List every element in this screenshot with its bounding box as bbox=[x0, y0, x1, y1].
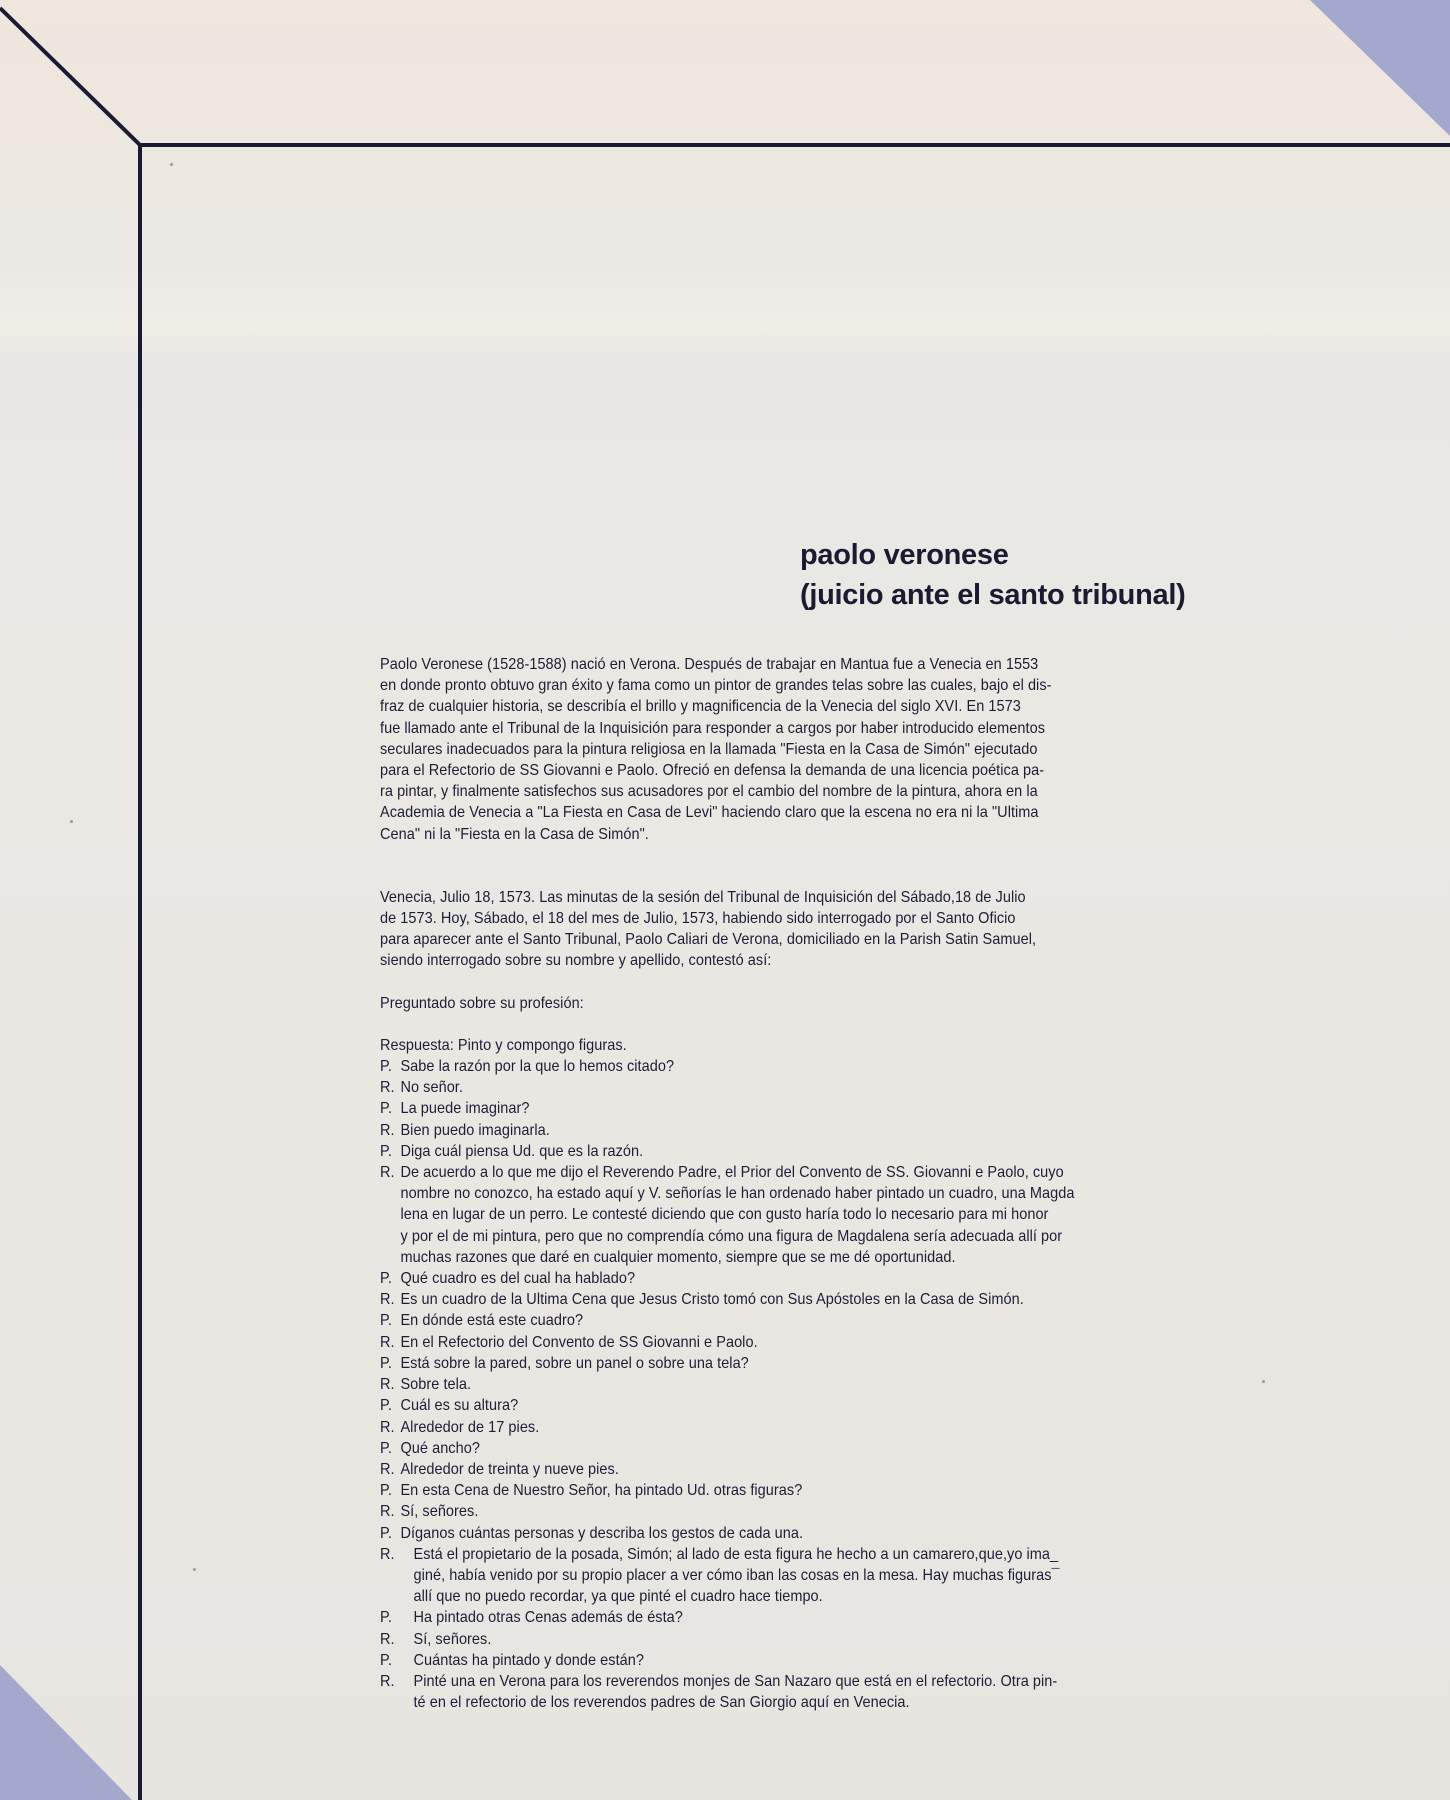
dialogue-line: nombre no conozco, ha estado aquí y V. s… bbox=[380, 1183, 1171, 1204]
speaker-label: P. bbox=[380, 1650, 413, 1671]
speaker-label: R. bbox=[380, 1120, 400, 1141]
answer-entry: R.Alrededor de treinta y nueve pies. bbox=[380, 1459, 1171, 1480]
answer-entry: R.Es un cuadro de la Ultima Cena que Jes… bbox=[380, 1289, 1171, 1310]
dialogue-line: Es un cuadro de la Ultima Cena que Jesus… bbox=[400, 1291, 1023, 1308]
speaker-label: R. bbox=[380, 1671, 413, 1692]
intro-line: Cena" ni la "Fiesta en la Casa de Simón"… bbox=[380, 824, 1171, 845]
question-entry: P.Diga cuál piensa Ud. que es la razón. bbox=[380, 1141, 1171, 1162]
dialogue-line: Está el propietario de la posada, Simón;… bbox=[413, 1546, 1058, 1563]
speaker-label: R. bbox=[380, 1289, 400, 1310]
dialogue-line: lena en lugar de un perro. Le contesté d… bbox=[380, 1204, 1171, 1225]
answer-entry: R.No señor. bbox=[380, 1077, 1171, 1098]
question-entry: P.Está sobre la pared, sobre un panel o … bbox=[380, 1353, 1171, 1374]
dialogue-line: En esta Cena de Nuestro Señor, ha pintad… bbox=[400, 1482, 802, 1499]
dialogue-line: Sabe la razón por la que lo hemos citado… bbox=[400, 1058, 674, 1075]
profession-answer: Respuesta: Pinto y compongo figuras. bbox=[380, 1035, 1171, 1056]
answer-entry: R.Está el propietario de la posada, Simó… bbox=[380, 1544, 1171, 1608]
intro-line: fue llamado ante el Tribunal de la Inqui… bbox=[380, 718, 1171, 739]
question-entry: P.La puede imaginar? bbox=[380, 1098, 1171, 1119]
question-entry: P.En dónde está este cuadro? bbox=[380, 1310, 1171, 1331]
intro-line: en donde pronto obtuvo gran éxito y fama… bbox=[380, 675, 1171, 696]
dialogue-line: y por el de mi pintura, pero que no comp… bbox=[380, 1226, 1171, 1247]
dialogue-line: No señor. bbox=[400, 1079, 462, 1096]
speaker-label: R. bbox=[380, 1162, 400, 1183]
dialogue-line: allí que no puedo recordar, ya que pinté… bbox=[380, 1586, 1171, 1607]
intro-line: ra pintar, y finalmente satisfechos sus … bbox=[380, 781, 1171, 802]
speaker-label: P. bbox=[380, 1098, 400, 1119]
intro-line: Paolo Veronese (1528-1588) nació en Vero… bbox=[380, 654, 1171, 675]
dialogue-line: Díganos cuántas personas y describa los … bbox=[400, 1525, 803, 1542]
speaker-label: P. bbox=[380, 1523, 400, 1544]
intro-line: Academia de Venecia a "La Fiesta en Casa… bbox=[380, 802, 1171, 823]
dialogue-line: En dónde está este cuadro? bbox=[400, 1312, 583, 1329]
answer-entry: R.Bien puedo imaginarla. bbox=[380, 1120, 1171, 1141]
background-corner-top-right bbox=[1300, 0, 1450, 140]
speaker-label: P. bbox=[380, 1395, 400, 1416]
frame-diagonal-line bbox=[0, 0, 150, 150]
dialogue-line: De acuerdo a lo que me dijo el Reverendo… bbox=[400, 1164, 1063, 1181]
speaker-label: P. bbox=[380, 1141, 400, 1162]
answer-entry: R.Pinté una en Verona para los reverendo… bbox=[380, 1671, 1171, 1713]
speaker-label: R. bbox=[380, 1077, 400, 1098]
intro-line: seculares inadecuados para la pintura re… bbox=[380, 739, 1171, 760]
answer-entry: R.Sí, señores. bbox=[380, 1501, 1171, 1522]
question-entry: P.Qué ancho? bbox=[380, 1438, 1171, 1459]
document-body: Paolo Veronese (1528-1588) nació en Vero… bbox=[380, 654, 1171, 1713]
minutes-line: de 1573. Hoy, Sábado, el 18 del mes de J… bbox=[380, 908, 1171, 929]
title-line-1: paolo veronese bbox=[800, 535, 1400, 575]
dialogue-line: Pinté una en Verona para los reverendos … bbox=[413, 1673, 1057, 1690]
intro-line: fraz de cualquier historia, se describía… bbox=[380, 696, 1171, 717]
speaker-label: P. bbox=[380, 1056, 400, 1077]
frame-left-line bbox=[138, 143, 142, 1800]
dialogue-line: En el Refectorio del Convento de SS Giov… bbox=[400, 1334, 757, 1351]
speaker-label: R. bbox=[380, 1544, 413, 1565]
speaker-label: R. bbox=[380, 1629, 413, 1650]
dialogue-line: Bien puedo imaginarla. bbox=[400, 1122, 549, 1139]
answer-entry: R.Sí, señores. bbox=[380, 1629, 1171, 1650]
speaker-label: R. bbox=[380, 1332, 400, 1353]
question-entry: P.Cuál es su altura? bbox=[380, 1395, 1171, 1416]
dialogue-line: Sobre tela. bbox=[400, 1376, 471, 1393]
profession-question: Preguntado sobre su profesión: bbox=[380, 993, 1171, 1014]
dialogue-line: Alrededor de 17 pies. bbox=[400, 1419, 539, 1436]
dialogue-line: Qué cuadro es del cual ha hablado? bbox=[400, 1270, 635, 1287]
dialogue-line: giné, había venido por su propio placer … bbox=[380, 1565, 1171, 1586]
question-entry: P.Cuántas ha pintado y donde están? bbox=[380, 1650, 1171, 1671]
speaker-label: P. bbox=[380, 1438, 400, 1459]
answer-entry: R.Sobre tela. bbox=[380, 1374, 1171, 1395]
question-entry: P.Sabe la razón por la que lo hemos cita… bbox=[380, 1056, 1171, 1077]
dialogue-line: Cuántas ha pintado y donde están? bbox=[413, 1652, 644, 1669]
speaker-label: P. bbox=[380, 1480, 400, 1501]
speaker-label: P. bbox=[380, 1310, 400, 1331]
dialogue-line: Sí, señores. bbox=[400, 1503, 478, 1520]
question-entry: P.En esta Cena de Nuestro Señor, ha pint… bbox=[380, 1480, 1171, 1501]
speaker-label: R. bbox=[380, 1417, 400, 1438]
intro-line: para el Refectorio de SS Giovanni e Paol… bbox=[380, 760, 1171, 781]
speaker-label: P. bbox=[380, 1268, 400, 1289]
dialogue-line: té en el refectorio de los reverendos pa… bbox=[380, 1692, 1171, 1713]
minutes-line: Venecia, Julio 18, 1573. Las minutas de … bbox=[380, 887, 1171, 908]
background-corner-bottom-left bbox=[0, 1665, 140, 1800]
speaker-label: R. bbox=[380, 1501, 400, 1522]
speaker-label: R. bbox=[380, 1374, 400, 1395]
dialogue-line: Está sobre la pared, sobre un panel o so… bbox=[400, 1355, 748, 1372]
speaker-label: P. bbox=[380, 1607, 413, 1628]
dialogue-line: Diga cuál piensa Ud. que es la razón. bbox=[400, 1143, 643, 1160]
dialogue-line: muchas razones que daré en cualquier mom… bbox=[380, 1247, 1171, 1268]
dialogue-line: Qué ancho? bbox=[400, 1440, 479, 1457]
page-title: paolo veronese (juicio ante el santo tri… bbox=[800, 535, 1400, 615]
frame-top-line bbox=[138, 143, 1450, 147]
answer-entry: R.En el Refectorio del Convento de SS Gi… bbox=[380, 1332, 1171, 1353]
minutes-line: siendo interrogado sobre su nombre y ape… bbox=[380, 950, 1171, 971]
dialogue-line: Cuál es su altura? bbox=[400, 1397, 518, 1414]
answer-entry: R.Alrededor de 17 pies. bbox=[380, 1417, 1171, 1438]
question-entry: P.Qué cuadro es del cual ha hablado? bbox=[380, 1268, 1171, 1289]
minutes-paragraph: Venecia, Julio 18, 1573. Las minutas de … bbox=[380, 887, 1171, 972]
dialogue-line: Sí, señores. bbox=[413, 1631, 491, 1648]
dialogue-line: Ha pintado otras Cenas además de ésta? bbox=[413, 1609, 682, 1626]
question-entry: P.Díganos cuántas personas y describa lo… bbox=[380, 1523, 1171, 1544]
title-line-2: (juicio ante el santo tribunal) bbox=[800, 575, 1400, 615]
minutes-line: para aparecer ante el Santo Tribunal, Pa… bbox=[380, 929, 1171, 950]
speaker-label: R. bbox=[380, 1459, 400, 1480]
dialogue-line: Alrededor de treinta y nueve pies. bbox=[400, 1461, 618, 1478]
dialogue-list-continued: R.Está el propietario de la posada, Simó… bbox=[380, 1544, 1171, 1714]
answer-entry: R.De acuerdo a lo que me dijo el Reveren… bbox=[380, 1162, 1171, 1268]
question-entry: P.Ha pintado otras Cenas además de ésta? bbox=[380, 1607, 1171, 1628]
dialogue-line: La puede imaginar? bbox=[400, 1100, 529, 1117]
dialogue-list: P.Sabe la razón por la que lo hemos cita… bbox=[380, 1056, 1171, 1544]
speaker-label: P. bbox=[380, 1353, 400, 1374]
intro-paragraph: Paolo Veronese (1528-1588) nació en Vero… bbox=[380, 654, 1171, 845]
